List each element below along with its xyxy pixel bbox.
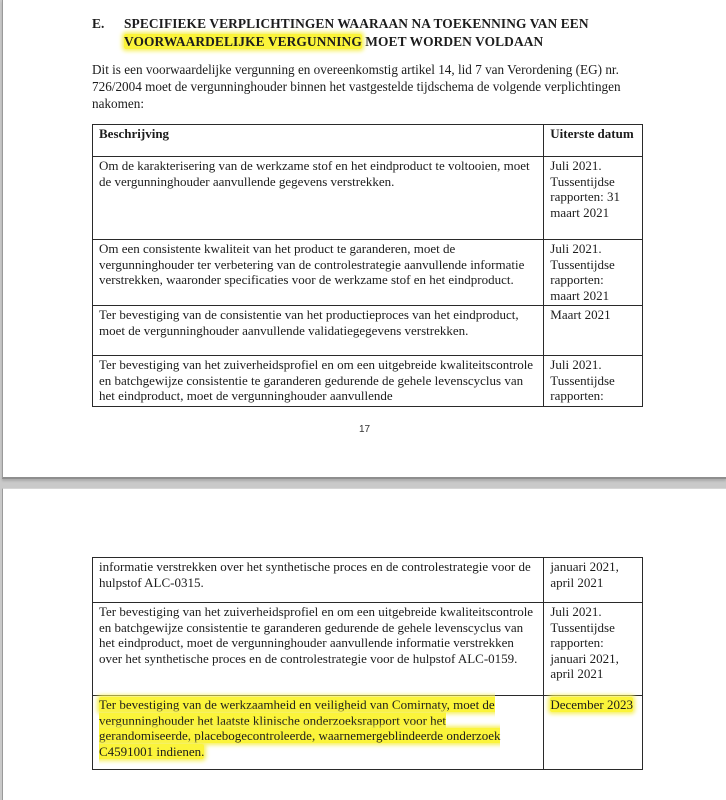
header-description: Beschrijving bbox=[93, 125, 544, 157]
row-description: informatie verstrekken over het syntheti… bbox=[93, 558, 544, 603]
table-row: Om een consistente kwaliteit van het pro… bbox=[93, 240, 643, 306]
document-page-18: informatie verstrekken over het syntheti… bbox=[2, 488, 726, 800]
obligations-table-continued: informatie verstrekken over het syntheti… bbox=[92, 557, 643, 770]
table-row-highlighted: Ter bevestiging van de werkzaamheid en v… bbox=[93, 696, 643, 770]
obligations-table: Beschrijving Uiterste datum Om de karakt… bbox=[92, 124, 643, 407]
highlighted-phrase: VOORWAARDELIJKE VERGUNNING bbox=[124, 34, 362, 49]
table-row: Ter bevestiging van het zuiverheidsprofi… bbox=[93, 603, 643, 696]
document-page-17: E. SPECIFIEKE VERPLICHTINGEN WAARAAN NA … bbox=[2, 0, 726, 479]
row-description: Ter bevestiging van de consistentie van … bbox=[93, 306, 544, 356]
row-deadline: December 2023 bbox=[544, 696, 643, 770]
header-deadline: Uiterste datum bbox=[544, 125, 643, 157]
row-description: Om de karakterisering van de werkzame st… bbox=[93, 157, 544, 240]
highlighted-deadline: December 2023 bbox=[550, 697, 633, 712]
document-viewer: E. SPECIFIEKE VERPLICHTINGEN WAARAAN NA … bbox=[0, 0, 726, 800]
highlighted-description: Ter bevestiging van de werkzaamheid en v… bbox=[99, 697, 500, 759]
row-description: Ter bevestiging van het zuiverheidsprofi… bbox=[93, 356, 544, 407]
row-deadline: Juli 2021. Tussentijdse rapporten: bbox=[544, 356, 643, 407]
table-row: Ter bevestiging van het zuiverheidsprofi… bbox=[93, 356, 643, 407]
row-description: Ter bevestiging van de werkzaamheid en v… bbox=[93, 696, 544, 770]
intro-paragraph: Dit is een voorwaardelijke vergunning en… bbox=[92, 61, 632, 112]
section-title: SPECIFIEKE VERPLICHTINGEN WAARAAN NA TOE… bbox=[124, 15, 654, 51]
table-header-row: Beschrijving Uiterste datum bbox=[93, 125, 643, 157]
row-deadline: Juli 2021. Tussentijdse rapporten: maart… bbox=[544, 240, 643, 306]
section-title-part2: MOET WORDEN VOLDAAN bbox=[362, 34, 543, 49]
row-description: Om een consistente kwaliteit van het pro… bbox=[93, 240, 544, 306]
table-row: informatie verstrekken over het syntheti… bbox=[93, 558, 643, 603]
row-deadline: januari 2021, april 2021 bbox=[544, 558, 643, 603]
page-number: 17 bbox=[3, 424, 726, 435]
section-title-part1: SPECIFIEKE VERPLICHTINGEN WAARAAN NA TOE… bbox=[124, 16, 589, 31]
table-row: Om de karakterisering van de werkzame st… bbox=[93, 157, 643, 240]
row-description: Ter bevestiging van het zuiverheidsprofi… bbox=[93, 603, 544, 696]
row-deadline: Maart 2021 bbox=[544, 306, 643, 356]
table-row: Ter bevestiging van de consistentie van … bbox=[93, 306, 643, 356]
row-deadline: Juli 2021. Tussentijdse rapporten: janua… bbox=[544, 603, 643, 696]
section-letter: E. bbox=[92, 15, 104, 33]
row-deadline: Juli 2021. Tussentijdse rapporten: 31 ma… bbox=[544, 157, 643, 240]
